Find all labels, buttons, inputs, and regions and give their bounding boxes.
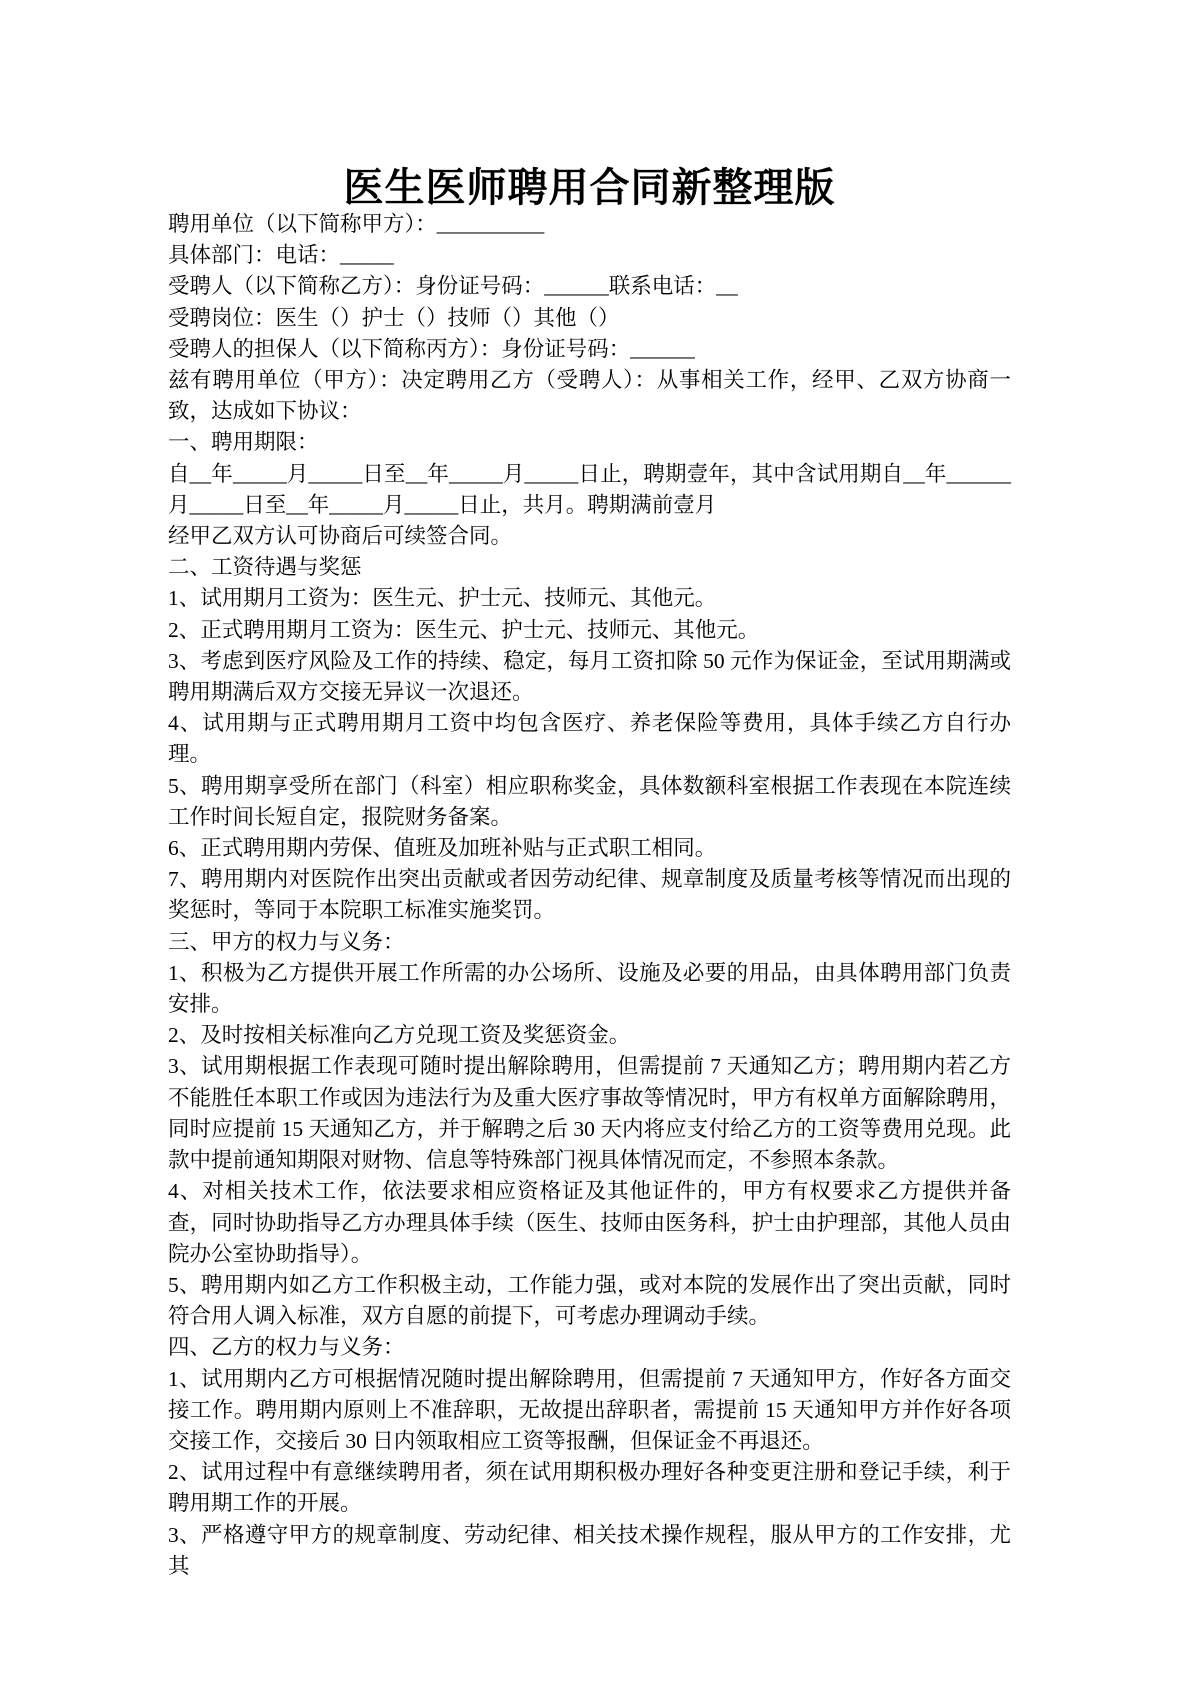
document-page: 医生医师聘用合同新整理版 聘用单位（以下简称甲方）：__________ 具体部… [0, 0, 1190, 1683]
section-2-heading: 二、工资待遇与奖惩 [168, 552, 1011, 583]
para-party-b-item-3: 3、严格遵守甲方的规章制度、劳动纪律、相关技术操作规程，服从甲方的工作安排，尤其 [168, 1520, 1011, 1582]
para-term-renewal: 经甲乙双方认可协商后可续签合同。 [168, 521, 1011, 552]
para-salary-item-3: 3、考虑到医疗风险及工作的持续、稳定，每月工资扣除 50 元作为保证金，至试用期… [168, 646, 1011, 708]
para-party-a-item-1: 1、积极为乙方提供开展工作所需的办公场所、设施及必要的用品，由具体聘用部门负责安… [168, 958, 1011, 1020]
para-salary-item-6: 6、正式聘用期内劳保、值班及加班补贴与正式职工相同。 [168, 833, 1011, 864]
para-department-phone: 具体部门：电话：_____ [168, 240, 1011, 271]
para-salary-item-1: 1、试用期月工资为：医生元、护士元、技师元、其他元。 [168, 583, 1011, 614]
para-party-b-item-1: 1、试用期内乙方可根据情况随时提出解除聘用，但需提前 7 天通知甲方，作好各方面… [168, 1364, 1011, 1458]
para-salary-item-5: 5、聘用期享受所在部门（科室）相应职称奖金，具体数额科室根据工作表现在本院连续工… [168, 771, 1011, 833]
para-salary-item-4: 4、试用期与正式聘用期月工资中均包含医疗、养老保险等费用，具体手续乙方自行办理。 [168, 708, 1011, 770]
para-party-a-item-3: 3、试用期根据工作表现可随时提出解除聘用，但需提前 7 天通知乙方；聘用期内若乙… [168, 1051, 1011, 1176]
section-1-heading: 一、聘用期限： [168, 427, 1011, 458]
para-salary-item-2: 2、正式聘用期月工资为：医生元、护士元、技师元、其他元。 [168, 615, 1011, 646]
para-party-a-item-2: 2、及时按相关标准向乙方兑现工资及奖惩资金。 [168, 1020, 1011, 1051]
para-employer-line: 聘用单位（以下简称甲方）：__________ [168, 209, 1011, 240]
para-party-b-item-2: 2、试用过程中有意继续聘用者，须在试用期积极办理好各种变更注册和登记手续，利于聘… [168, 1457, 1011, 1519]
para-guarantor-line: 受聘人的担保人（以下简称丙方）：身份证号码：______ [168, 334, 1011, 365]
document-content: 医生医师聘用合同新整理版 聘用单位（以下简称甲方）：__________ 具体部… [168, 166, 1011, 1582]
section-4-heading: 四、乙方的权力与义务： [168, 1332, 1011, 1363]
para-employee-id-line: 受聘人（以下简称乙方）：身份证号码：______联系电话：__ [168, 271, 1011, 302]
para-party-a-item-5: 5、聘用期内如乙方工作积极主动，工作能力强，或对本院的发展作出了突出贡献，同时符… [168, 1270, 1011, 1332]
section-3-heading: 三、甲方的权力与义务： [168, 927, 1011, 958]
document-body: 聘用单位（以下简称甲方）：__________ 具体部门：电话：_____ 受聘… [168, 209, 1011, 1582]
para-term-dates: 自__年_____月_____日至__年_____月_____日止，聘期壹年，其… [168, 459, 1011, 521]
document-title: 医生医师聘用合同新整理版 [168, 166, 1011, 209]
para-position-options: 受聘岗位：医生（）护士（）技师（）其他（） [168, 303, 1011, 334]
para-preamble: 兹有聘用单位（甲方）：决定聘用乙方（受聘人）：从事相关工作，经甲、乙双方协商一致… [168, 365, 1011, 427]
para-party-a-item-4: 4、对相关技术工作，依法要求相应资格证及其他证件的，甲方有权要求乙方提供并备查，… [168, 1176, 1011, 1270]
para-salary-item-7: 7、聘用期内对医院作出突出贡献或者因劳动纪律、规章制度及质量考核等情况而出现的奖… [168, 864, 1011, 926]
